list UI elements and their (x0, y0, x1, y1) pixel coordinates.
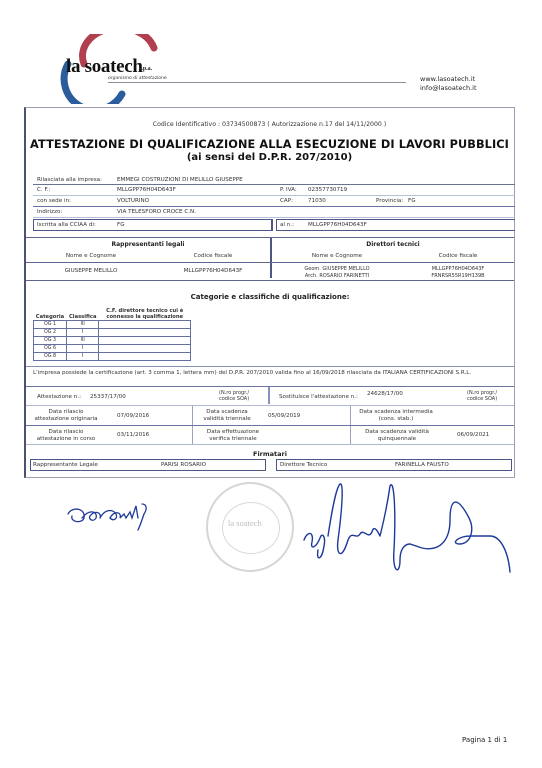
row-divider (33, 195, 515, 196)
logo-suffix: s.p.a. (139, 66, 152, 72)
cciaa-label: Iscritta alla CCIAA di: (37, 222, 96, 228)
row-divider (33, 206, 515, 207)
scad-interm-label: Data scadenza intermedia (cons. stab.) (354, 409, 438, 422)
category-cf (99, 329, 191, 337)
row-divider (26, 366, 514, 367)
cf-label: C. F.: (37, 187, 50, 193)
row-divider (26, 262, 514, 263)
contact-info: www.lasoatech.it info@lasoatech.it (420, 75, 477, 93)
row-divider (26, 444, 514, 445)
category-classifica: I (66, 345, 99, 353)
document-subtitle: (ai sensi del D.P.R. 207/2010) (24, 152, 515, 163)
signatories-title: Firmatari (26, 450, 514, 458)
attestazione-value: 25337/17/00 (90, 394, 126, 400)
category-row: OG 8I (34, 353, 191, 361)
legal-signature (64, 498, 164, 548)
page-number: Pagina 1 di 1 (462, 736, 507, 744)
cap-value: 71030 (308, 198, 326, 204)
category-classifica: I (66, 329, 99, 337)
scad-quinq-value: 06/09/2021 (457, 432, 489, 438)
stamp-inner-ring (222, 502, 280, 554)
legal-col-cf: Codice fiscale (156, 253, 270, 259)
attestazione-label: Attestazione n.: (37, 394, 81, 400)
indirizzo-label: Indirizzo: (37, 209, 62, 215)
scad-trien-value: 05/09/2019 (268, 413, 300, 419)
company-stamp: la soatech (206, 482, 294, 572)
indirizzo-value: VIA TELESFORO CROCE C.N. (117, 209, 196, 215)
row-divider (33, 217, 515, 218)
tech-signatory-label: Direttore Tecnico (280, 462, 327, 468)
category-categoria: OG 3 (34, 337, 67, 345)
website-link[interactable]: www.lasoatech.it (420, 75, 477, 84)
rilasciata-label: Rilasciata alla impresa: (37, 177, 102, 183)
certification-text: L'impresa possiede la certificazione (ar… (33, 370, 473, 377)
sostituisce-note: (N.ro progr./ codice SOA) (467, 390, 507, 402)
al-n-label: al n.: (280, 222, 294, 228)
rilascio-corso-value: 03/11/2016 (117, 432, 149, 438)
category-cf (99, 337, 191, 345)
rilascio-orig-value: 07/09/2016 (117, 413, 149, 419)
legal-reps-title: Rappresentanti legali (26, 241, 270, 248)
category-categoria: OG 2 (34, 329, 67, 337)
category-classifica: III (66, 337, 99, 345)
al-n-value: MLLGPP76H04D643F (308, 222, 367, 228)
col-cf-direttore: C.F. direttore tecnico cui è connesso la… (99, 308, 191, 321)
code-identifier: Codice Identificativo : 03734500873 ( Au… (24, 121, 515, 128)
tech-director-name: Arch. ROSARIO FARINETTI (272, 273, 402, 279)
col-classifica: Classifica (66, 308, 99, 321)
sede-label: con sede in: (37, 198, 71, 204)
category-row: OG 3III (34, 337, 191, 345)
row-divider (26, 425, 514, 426)
row-divider (26, 405, 514, 406)
tech-director-cf: MLLGPP76H04D643F (402, 266, 514, 272)
category-cf (99, 345, 191, 353)
tech-director-name: Geom. GIUSEPPE MELILLO (272, 266, 402, 272)
attestazione-note: (N.ro progr./ codice SOA) (219, 390, 259, 402)
tech-signature (300, 480, 520, 600)
cap-label: CAP: (280, 198, 293, 204)
cf-value: MLLGPP76H04D643F (117, 187, 176, 193)
header-divider (108, 82, 406, 83)
category-classifica: I (66, 353, 99, 361)
rilasciata-value: EMMEGI COSTRUZIONI DI MELILLO GIUSEPPE (117, 177, 243, 183)
category-cf (99, 353, 191, 361)
category-classifica: III (66, 321, 99, 329)
category-cf (99, 321, 191, 329)
column-divider (268, 387, 270, 404)
row-divider (26, 280, 514, 281)
category-row: OG 2I (34, 329, 191, 337)
scad-trien-label: Data scadenza validità triennale (200, 409, 254, 422)
category-categoria: OG 1 (34, 321, 67, 329)
piva-value: 02357730719 (308, 187, 347, 193)
categories-title: Categorie e classifiche di qualificazion… (26, 293, 514, 301)
verifica-label: Data effettuazione verifica triennale (200, 429, 266, 442)
tech-col-name: Nome e Cognome (272, 253, 402, 259)
col-categoria: Categoria (34, 308, 67, 321)
scad-quinq-label: Data scadenza validità quinquennale (360, 429, 434, 442)
category-row: OG 1III (34, 321, 191, 329)
tech-col-cf: Codice fiscale (402, 253, 514, 259)
stamp-text: la soatech (228, 518, 262, 528)
row-divider (26, 386, 514, 387)
category-row: OG 6I (34, 345, 191, 353)
document-title: ATTESTAZIONE DI QUALIFICAZIONE ALLA ESEC… (24, 138, 515, 151)
row-divider (33, 184, 515, 185)
piva-label: P. IVA: (280, 187, 297, 193)
legal-rep-cf: MLLGPP76H04D643F (156, 268, 270, 274)
category-categoria: OG 6 (34, 345, 67, 353)
provincia-label: Provincia: (376, 198, 403, 204)
legal-col-name: Nome e Cognome (26, 253, 156, 259)
legal-rep-name: GIUSEPPE MELILLO (26, 268, 156, 274)
sostituisce-value: 24628/17/00 (367, 391, 403, 397)
categories-table: Categoria Classifica C.F. direttore tecn… (33, 308, 191, 361)
sede-value: VOLTURINO (117, 198, 149, 204)
tech-signatory-value: FARINELLA FAUSTO (395, 462, 449, 468)
tech-director-cf: FRNRSR55R19H139B (402, 273, 514, 279)
provincia-value: FG (408, 198, 416, 204)
tech-directors-title: Direttori tecnici (272, 241, 514, 248)
email-link[interactable]: info@lasoatech.it (420, 84, 477, 93)
legal-signatory-value: PARISI ROSARIO (161, 462, 206, 468)
cciaa-value: FG (117, 222, 125, 228)
sostituisce-label: Sostituisce l'attestazione n.: (279, 394, 358, 400)
rilascio-corso-label: Data rilascio attestazione in corso (33, 429, 99, 442)
category-categoria: OG 8 (34, 353, 67, 361)
logo-tagline: organismo di attestazione (108, 76, 167, 81)
logo-name: la soatech (66, 56, 143, 78)
legal-signatory-label: Rappresentante Legale (33, 462, 98, 468)
rilascio-orig-label: Data rilascio attestazione originaria (33, 409, 99, 422)
